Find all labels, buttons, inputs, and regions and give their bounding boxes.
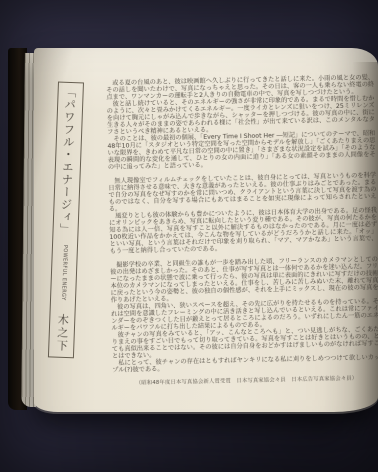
essay-paragraph: 無人現像室でフィルムチェックをしていたことは、彼自身にとっては、写真というものを…	[108, 172, 377, 213]
award-credit-line: （昭和48年度日本写真協会新人賞受賞 日本写真家協会々員 日本広告写真家協会々員…	[113, 375, 378, 388]
title-box: 「パワフル・エナージィ」POWERFUL ENERGY木之下 晃	[48, 82, 84, 359]
open-book: 「パワフル・エナージィ」POWERFUL ENERGY木之下 晃 或る夏の台風の…	[6, 44, 378, 416]
essay-paragraph: 撮影学校の卒業、と同級生の誰もが一歩を踏み出した頃、フリーランスのカメラマンとし…	[110, 256, 378, 304]
book-page: 「パワフル・エナージィ」POWERFUL ENERGY木之下 晃 或る夏の台風の…	[34, 48, 378, 412]
title-english: POWERFUL ENERGY	[60, 245, 68, 301]
essay-paragraph: 彼と話し続けていると、そのエネルギーの強さが非常に印象的である。まるで時間を惜し…	[106, 95, 375, 136]
essay-text: 或る夏の台風のあと、彼は映画館へ久しぶりに行ってきたと話しに来た。小雨の風と女の…	[106, 74, 378, 388]
essay-paragraph: そのことは、彼の最初の個展、「Every Time I Shoot Her ―短…	[107, 130, 376, 171]
photo-background: 「パワフル・エナージィ」POWERFUL ENERGY木之下 晃 或る夏の台風の…	[0, 0, 378, 472]
essay-paragraph: 風変りとしも彼の体験からも豊かについたように、彼は日本体育大学の出身である。足の…	[109, 207, 378, 255]
title-japanese: 「パワフル・エナージィ」	[58, 86, 77, 236]
